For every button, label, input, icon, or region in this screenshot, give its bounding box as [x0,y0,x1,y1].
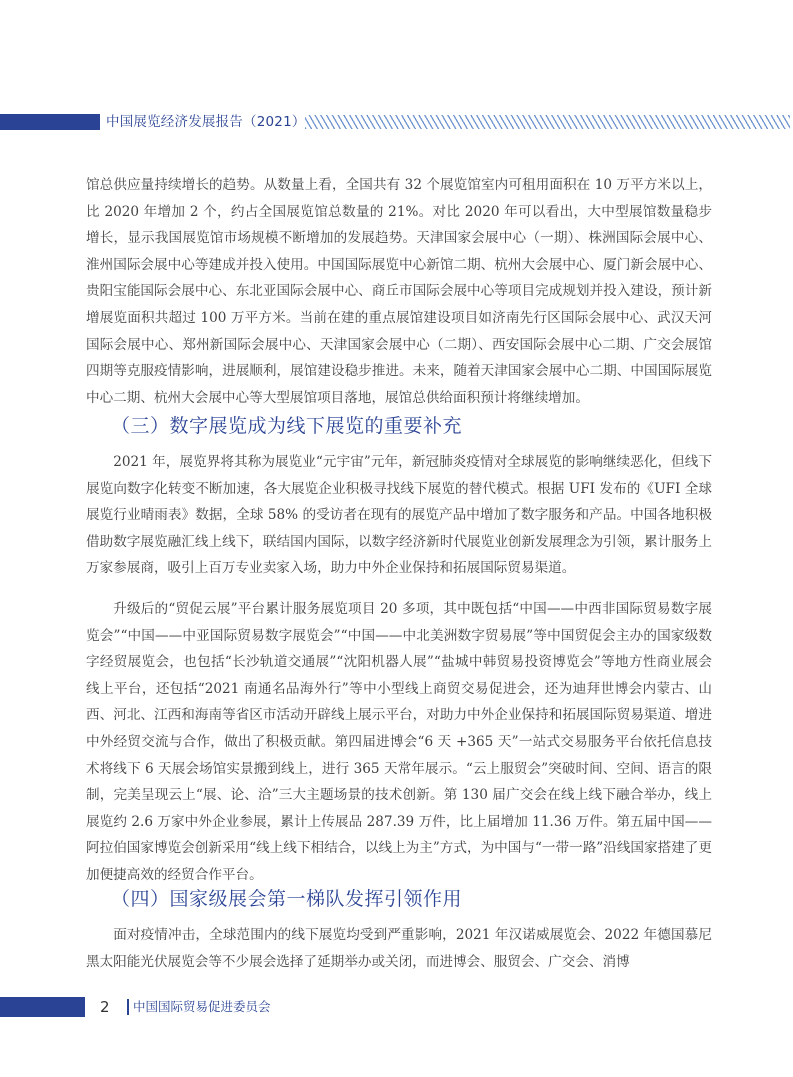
section-3-paragraph-1: 2021 年，展览界将其称为展览业“元宇宙”元年，新冠肺炎疫情对全球展览的影响继… [86,449,712,582]
intro-paragraph: 馆总供应量持续增长的趋势。从数量上看，全国共有 32 个展览馆室内可租用面积在 … [86,172,712,411]
section-4-heading: （四）国家级展会第一梯队发挥引领作用 [111,884,462,911]
footer-accent-bar [0,997,85,1017]
footer-organization: 中国国际贸易促进委员会 [133,996,271,1018]
section-3-heading: （三）数字展览成为线下展览的重要补充 [111,411,462,438]
page-footer: 2 中国国际贸易促进委员会 [0,996,793,1018]
running-header: 中国展览经济发展报告（2021） [0,112,793,132]
report-title: 中国展览经济发展报告（2021） [106,112,306,132]
section-4-body: 面对疫情冲击，全球范围内的线下展览均受到严重影响，2021 年汉诺威展览会、20… [86,922,712,975]
footer-separator [127,999,129,1015]
header-accent-bar [0,114,100,130]
section-3-body: 2021 年，展览界将其称为展览业“元宇宙”元年，新冠肺炎疫情对全球展览的影响继… [86,449,712,889]
section-3-paragraph-2: 升级后的“贸促云展”平台累计服务展览项目 20 多项，其中既包括“中国——中西非… [86,596,712,889]
header-hatch-decoration [305,115,790,129]
page-number: 2 [100,996,110,1018]
section-4-paragraph-1: 面对疫情冲击，全球范围内的线下展览均受到严重影响，2021 年汉诺威展览会、20… [86,922,712,975]
intro-paragraph-block: 馆总供应量持续增长的趋势。从数量上看，全国共有 32 个展览馆室内可租用面积在 … [86,172,712,411]
